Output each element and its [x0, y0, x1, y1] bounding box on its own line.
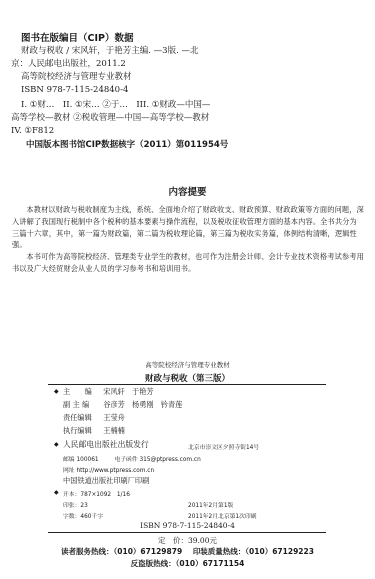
summary-paragraph-1: 本教材以财政与税收制度为主线，系统、全面地介绍了财政收支、财政预算、财政政策等方…: [12, 204, 364, 251]
book-title: 财政与税收（第三版）: [0, 372, 375, 384]
top-rule: [48, 384, 326, 385]
editor-row-deputy: 副 主 编 谷彦芳 杨勇刚 钤青莲: [63, 400, 182, 410]
diamond-bullet-icon: ◆: [54, 489, 59, 496]
email-value: 315@ptpress.com.cn: [139, 457, 200, 463]
diamond-bullet-icon: ◆: [54, 388, 59, 395]
reader-hotline: 读者服务热线：（010）67129879: [61, 547, 182, 556]
printing: 2011年2月北京第1次印刷: [188, 511, 257, 520]
editor-value: 宋风轩 于艳芳: [103, 387, 153, 396]
price: 定 价：39.00元: [0, 535, 375, 546]
cip-line-3: 高等院校经济与管理专业教材: [21, 71, 132, 83]
summary-paragraph-2: 本书可作为高等院校经济、管理类专业学生的教材，也可作为注册会计师、会计专业技术资…: [12, 251, 364, 275]
postcode-value: 100061: [76, 457, 98, 463]
cip-isbn: ISBN 978-7-115-24840-4: [21, 84, 128, 96]
editor-value: 谷彦芳 杨勇刚 钤青莲: [103, 400, 182, 409]
editor-row-executive: 执行编辑 王楠楠: [63, 426, 125, 436]
website-row: 网址 http://www.ptpress.com.cn: [63, 465, 154, 474]
website-value: http://www.ptpress.com.cn: [76, 468, 154, 474]
summary-title: 内容提要: [0, 184, 375, 198]
editor-label: 执行编辑: [63, 426, 101, 436]
editor-label: 副 主 编: [63, 400, 101, 410]
cip-class-1: I. ①财… II. ①宋… ②于… III. ①财政—中国—: [21, 99, 210, 111]
cip-line-1: 财政与税收 / 宋风轩，于艳芳主编. —3版. —北: [21, 45, 199, 57]
website-label: 网址: [63, 468, 75, 474]
colophon-isbn: ISBN 978-7-115-24840-4: [0, 521, 375, 530]
hotlines-row: 读者服务热线：（010）67129879 印装质量热线：（010）6712922…: [0, 546, 375, 557]
publisher-address: 北京市崇文区夕照寺街14号: [188, 442, 259, 451]
bottom-rule: [48, 532, 326, 533]
publisher: 人民邮电出版社出版发行: [63, 439, 149, 450]
cip-class-2: 高等学校—教材 ②税收管理—中国—高等学校—教材: [11, 112, 209, 124]
series-name: 高等院校经济与管理专业教材: [0, 360, 375, 369]
cip-class-3: IV. ①F812: [11, 125, 54, 137]
email-label: 电子函件: [114, 457, 137, 463]
editor-label: 主 编: [63, 387, 101, 397]
cip-approval: 中国版本图书馆CIP数据核字（2011）第011954号: [26, 139, 228, 151]
edition: 2011年2月第1版: [188, 500, 233, 509]
cip-title: 图书在版编目（CIP）数据: [21, 30, 133, 44]
editor-value: 王莹舟: [103, 413, 125, 422]
editor-value: 王楠楠: [103, 426, 125, 435]
editor-row-responsible: 责任编辑 王莹舟: [63, 413, 125, 423]
format: 开本：787×1092 1/16: [63, 489, 130, 498]
piracy-hotline: 反盗版热线：（010）67171154: [0, 558, 375, 569]
printer: 中国铁道出版社印刷厂印刷: [63, 476, 149, 486]
quality-hotline: 印装质量热线：（010）67129223: [193, 547, 314, 556]
word-count: 字数：460千字: [63, 511, 103, 520]
sheets: 印张：23: [63, 500, 88, 509]
diamond-bullet-icon: ◆: [54, 441, 59, 448]
summary-body: 本教材以财政与税收制度为主线，系统、全面地介绍了财政收支、财政预算、财政政策等方…: [12, 204, 364, 275]
postcode-label: 邮编: [63, 457, 75, 463]
editor-row-chief: 主 编 宋风轩 于艳芳: [63, 387, 154, 397]
postcode-row: 邮编 100061 电子函件 315@ptpress.com.cn: [63, 454, 201, 463]
editor-label: 责任编辑: [63, 413, 101, 423]
cip-line-2: 京：人民邮电出版社，2011.2: [11, 58, 126, 70]
